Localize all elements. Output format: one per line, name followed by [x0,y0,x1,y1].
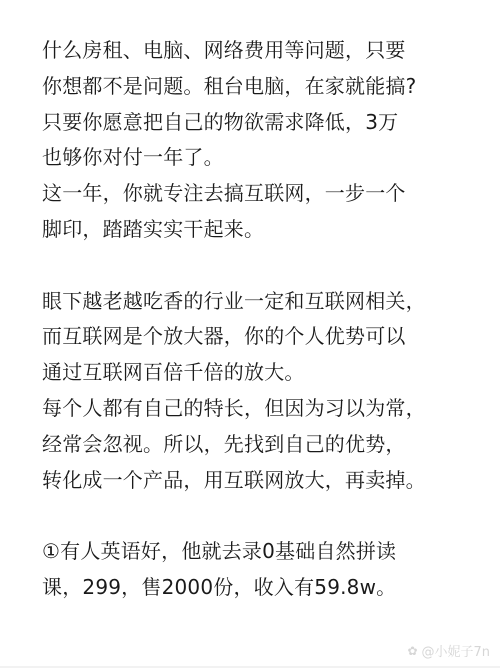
paragraph-spacer [42,248,492,284]
xiaohongshu-logo-icon: ✿ [405,644,419,658]
text-line: 只要你愿意把自己的物欲需求降低，3万 [42,105,492,141]
text-line: 转化成一个产品，用互联网放大，再卖掉。 [42,463,492,499]
text-line: 也够你对付一年了。 [42,140,492,176]
watermark: ✿ @小妮子7n [405,641,490,660]
text-line: 通过互联网百倍千倍的放大。 [42,355,492,391]
paragraph-2: 眼下越老越吃香的行业一定和互联网相关， 而互联网是个放大器，你的个人优势可以 通… [42,284,492,499]
text-line: ①有人英语好，他就去录0基础自然拼读 [42,534,492,570]
text-line: 经常会忽视。所以，先找到自己的优势， [42,427,492,463]
text-line: 每个人都有自己的特长，但因为习以为常， [42,391,492,427]
text-line: 你想都不是问题。租台电脑，在家就能搞? [42,69,492,105]
text-line: 这一年，你就专注去搞互联网，一步一个 [42,176,492,212]
text-line: 而互联网是个放大器，你的个人优势可以 [42,319,492,355]
watermark-text: @小妮子7n [421,641,490,660]
text-line: 眼下越老越吃香的行业一定和互联网相关， [42,284,492,320]
paragraph-spacer [42,498,492,534]
article-body: 什么房租、电脑、网络费用等问题，只要 你想都不是问题。租台电脑，在家就能搞? 只… [42,33,492,606]
paragraph-1: 什么房租、电脑、网络费用等问题，只要 你想都不是问题。租台电脑，在家就能搞? 只… [42,33,492,248]
paragraph-3: ①有人英语好，他就去录0基础自然拼读 课，299，售2000份，收入有59.8w… [42,534,492,606]
document-page: 什么房租、电脑、网络费用等问题，只要 你想都不是问题。租台电脑，在家就能搞? 只… [0,0,500,668]
text-line: 什么房租、电脑、网络费用等问题，只要 [42,33,492,69]
text-line: 课，299，售2000份，收入有59.8w。 [42,570,492,606]
text-line: 脚印，踏踏实实干起来。 [42,212,492,248]
